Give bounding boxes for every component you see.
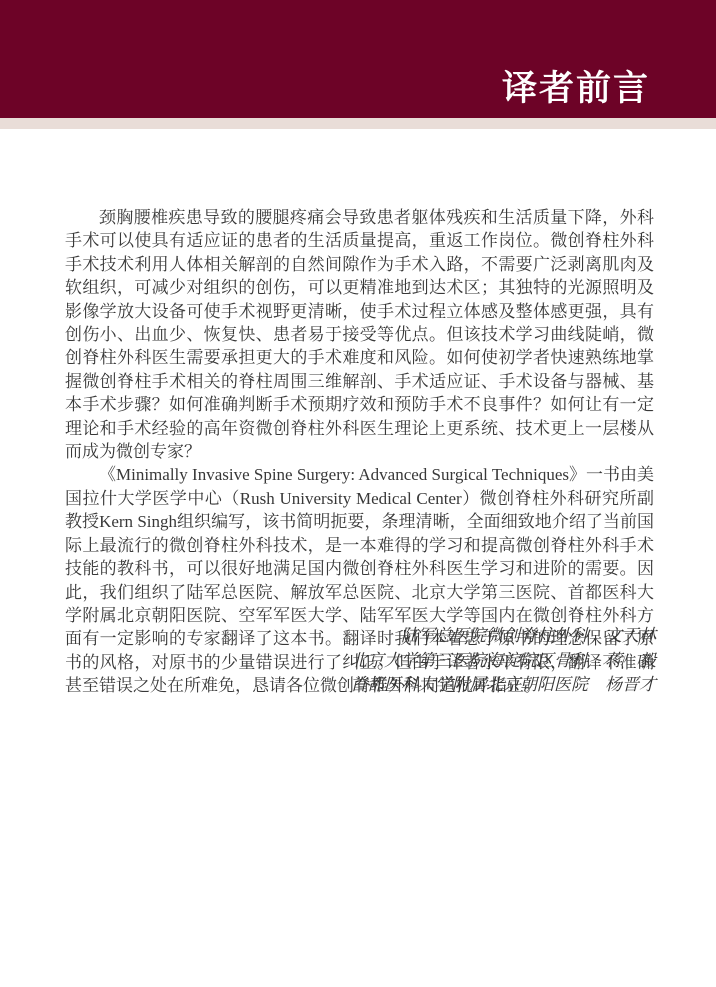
preface-paragraph: 颈胸腰椎疾患导致的腰腿疼痛会导致患者躯体残疾和生活质量下降，外科手术可以使具有适… — [65, 206, 654, 463]
signature-block: 陆军总医院微创脊柱外科 文天林 北京大学第三医院海淀院区骨科 蒋 毅 首都医科大… — [350, 624, 656, 698]
chapter-header-band: 译者前言 — [0, 0, 716, 118]
book-page: 译者前言 颈胸腰椎疾患导致的腰腿疼痛会导致患者躯体残疾和生活质量下降，外科手术可… — [0, 0, 716, 987]
header-accent-strip — [0, 118, 716, 129]
signature-line: 陆军总医院微创脊柱外科 文天林 — [350, 624, 656, 649]
signature-line: 首都医科大学附属北京朝阳医院 杨晋才 — [350, 673, 656, 698]
page-title: 译者前言 — [502, 71, 650, 106]
signature-line: 北京大学第三医院海淀院区骨科 蒋 毅 — [350, 649, 656, 674]
